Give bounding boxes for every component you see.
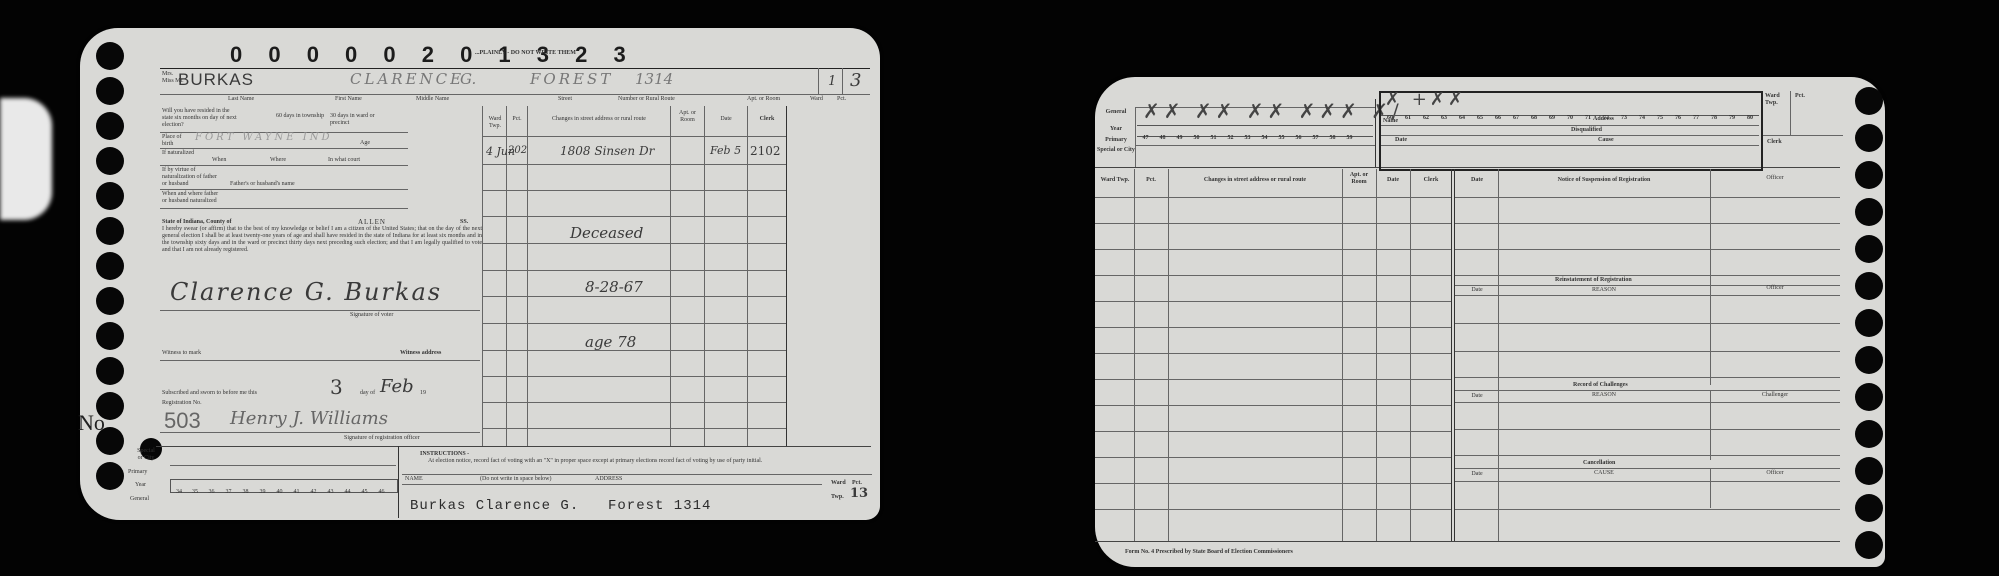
grid-label-primary: Primary [128,469,147,476]
stub-label-ward: Ward [831,480,846,487]
month: Feb [380,376,414,397]
back-changes-header-clerk: Clerk [1411,177,1451,184]
binder-hole [96,462,124,490]
box-label-name: Name [1383,118,1398,125]
residence-60-days: 60 days in township [276,113,326,120]
change-1-clerk: 2102 [750,144,781,158]
label-last-name: Last Name [228,96,254,103]
challenges-header-reason: REASON [1499,392,1709,399]
year-row: 34353637383940414243444546 [170,479,398,493]
year-label: 19 [420,390,426,397]
oath-text: I hereby swear (or affirm) that to the b… [162,226,482,254]
suspension-header-notice: Notice of Suspension of Registration [1499,177,1709,184]
binder-hole [1855,198,1883,226]
binder-hole [1855,346,1883,374]
challenges-header-challenger: Challenger [1711,392,1839,399]
label-street: Street [558,96,572,103]
binder-hole [96,217,124,245]
first-name: CLARENCE [350,70,464,88]
box-label-date: Date [1395,137,1407,144]
naturalized-label: If naturalized [162,150,202,157]
binder-hole [1855,309,1883,337]
officer-signature-label: Signature of registration officer [344,435,420,442]
general-vote-marks-right: ✗ +✗✗ [1385,89,1466,110]
binder-hole [1855,420,1883,448]
residence-30-days: 30 days in ward or precinct [330,113,385,127]
binder-hole [1855,272,1883,300]
history-years-left: 47484950515253545556575859 [1137,125,1373,137]
place-of-birth-label: Place of birth [162,134,192,148]
history-label-year: Year [1097,126,1135,133]
changes-header-date: Date [705,116,747,123]
changes-header-address: Changes in street address or rural route [528,116,670,123]
cancellation-header-date: Date [1457,471,1497,478]
changes-header-ward: Ward Twp. [484,116,506,130]
grid-label-general: General [130,496,149,503]
binder-hole [1855,235,1883,263]
stub-stamp-name: Burkas Clarence G. [410,498,579,514]
subscribed-label: Subscribed and sworn to before me this [162,390,257,397]
history-label-special: Special or City [1097,147,1135,154]
instructions-text: At election notice, record fact of votin… [428,458,838,465]
when-where-label: When and where father or husband natural… [162,191,222,205]
change-1-address: 1808 Sinsen Dr [560,144,654,158]
naturalized-where: Where [270,157,286,164]
back-label-pct: Pct. [1795,93,1805,100]
binder-hole [96,182,124,210]
binder-hole [1855,494,1883,522]
back-changes-header-date: Date [1377,177,1409,184]
instructions-title: INSTRUCTIONS - [420,451,469,458]
suspension-header-officer: Officer [1711,175,1839,182]
age-label: Age [360,140,370,147]
label-first-name: First Name [335,96,362,103]
changes-header-pct: Pct. [507,116,527,123]
challenges-header-date: Date [1457,393,1497,400]
place-of-birth: FORT WAYNE IND [195,132,332,143]
box-label-cause: Cause [1598,137,1614,144]
cancellation-title: Cancellation [1583,460,1615,467]
header-notice: ...PLAINLY - DO NOT WRITE THEM [475,50,576,57]
binder-hole [96,112,124,140]
change-1-date: Feb 5 [710,144,741,157]
history-label-general: General [1097,109,1135,116]
residence-question: Will you have resided in the state six m… [162,108,237,129]
binder-hole [1855,457,1883,485]
cancellation-header-cause: CAUSE [1499,470,1709,477]
reinstatement-title: Reinstatement of Registration [1555,277,1632,284]
reinstatement-header-date: Date [1457,287,1497,294]
change-8-address: age 78 [585,333,636,351]
grid-label-year: Year [135,482,146,489]
stub-stamp-address: Forest 1314 [608,498,711,514]
challenges-title: Record of Challenges [1573,382,1628,389]
grid-label-special: Special or City [135,448,157,462]
binder-hole [1855,124,1883,152]
ward-value: 1 [828,74,836,89]
last-name: BURKAS [178,70,254,90]
back-changes-header-ward: Ward Twp. [1097,177,1133,184]
label-pct: Pct. [837,96,846,103]
voter-signature: Clarence G. Burkas [170,278,442,306]
label-number: Number or Rural Route [618,96,675,103]
change-6-address: 8-28-67 [585,278,643,296]
label-middle-name: Middle Name [416,96,449,103]
registration-number: 503 [164,408,201,434]
box-label-disqualified: Disqualified [1571,127,1602,134]
changes-header-clerk: Clerk [748,116,786,123]
binder-hole [96,287,124,315]
binder-hole [96,322,124,350]
history-label-primary: Primary [1097,137,1135,144]
stub-label-twp: Twp. [831,494,844,501]
suspension-header-date: Date [1457,177,1497,184]
naturalized-when: When [212,157,226,164]
witness-address-label: Witness address [400,350,441,357]
change-1-pct: 202 [508,145,527,156]
change-4-address: Deceased [570,224,643,242]
back-changes-header-apt: Apt. or Room [1343,172,1375,186]
street-number: 1314 [635,70,673,88]
stub-note: (Do not write in space below) [480,476,551,483]
father-husband-label: Father's or husband's name [230,181,295,188]
general-vote-marks: ✗✗ ✗✗ ✗✗ ✗✗✗ ✗/ [1143,99,1403,123]
pct-value: 3 [850,70,861,91]
binder-hole [96,77,124,105]
middle-name: G. [460,70,476,88]
street: FOREST [530,70,613,88]
stub-label-address: ADDRESS [595,476,622,483]
reinstatement-header-officer: Officer [1711,285,1839,292]
box-label-address: Address [1593,116,1614,123]
cancellation-header-officer: Officer [1711,470,1839,477]
changes-header-apt: Apt. or Room [671,110,704,124]
voter-signature-label: Signature of voter [350,312,393,319]
binder-hole [1855,161,1883,189]
officer-signature: Henry J. Williams [230,408,388,429]
state-county-label: State of Indiana, County of [162,219,232,226]
day: 3 [330,375,343,399]
binder-hole [1855,531,1883,559]
label-ward: Ward [810,96,823,103]
binder-hole [96,42,124,70]
county: ALLEN [358,218,386,226]
binder-hole [96,147,124,175]
ss-label: SS. [460,219,468,226]
naturalized-court: In what court [328,157,360,164]
label-apt: Apt. or Room [747,96,780,103]
binder-hole [1855,87,1883,115]
form-footer: Form No. 4 Prescribed by State Board of … [1125,549,1293,556]
binder-hole [1855,383,1883,411]
back-label-ward: Ward Twp. [1765,93,1791,107]
back-changes-header-pct: Pct. [1135,177,1167,184]
registration-prefix: No [78,410,105,436]
reinstatement-header-reason: REASON [1499,287,1709,294]
back-label-clerk: Clerk [1767,139,1782,146]
witness-label: Witness to mark [162,350,201,357]
binder-hole [96,357,124,385]
day-of-label: day of [360,390,375,397]
light-glare [0,98,52,220]
binder-hole [96,252,124,280]
registration-card-back: General Year Primary Special or City 474… [1095,77,1885,567]
registration-card-front: 0 0 0 0 0 2 0 1 3 2 3 ...PLAINLY - DO NO… [80,28,880,520]
registration-no-label: Registration No. [162,400,202,407]
virtue-label: If by virtue of naturalization of father… [162,167,217,188]
back-changes-header-address: Changes in street address or rural route [1169,177,1341,184]
stub-label-name: NAME [405,476,423,483]
stub-pct-value: 13 [850,486,868,501]
